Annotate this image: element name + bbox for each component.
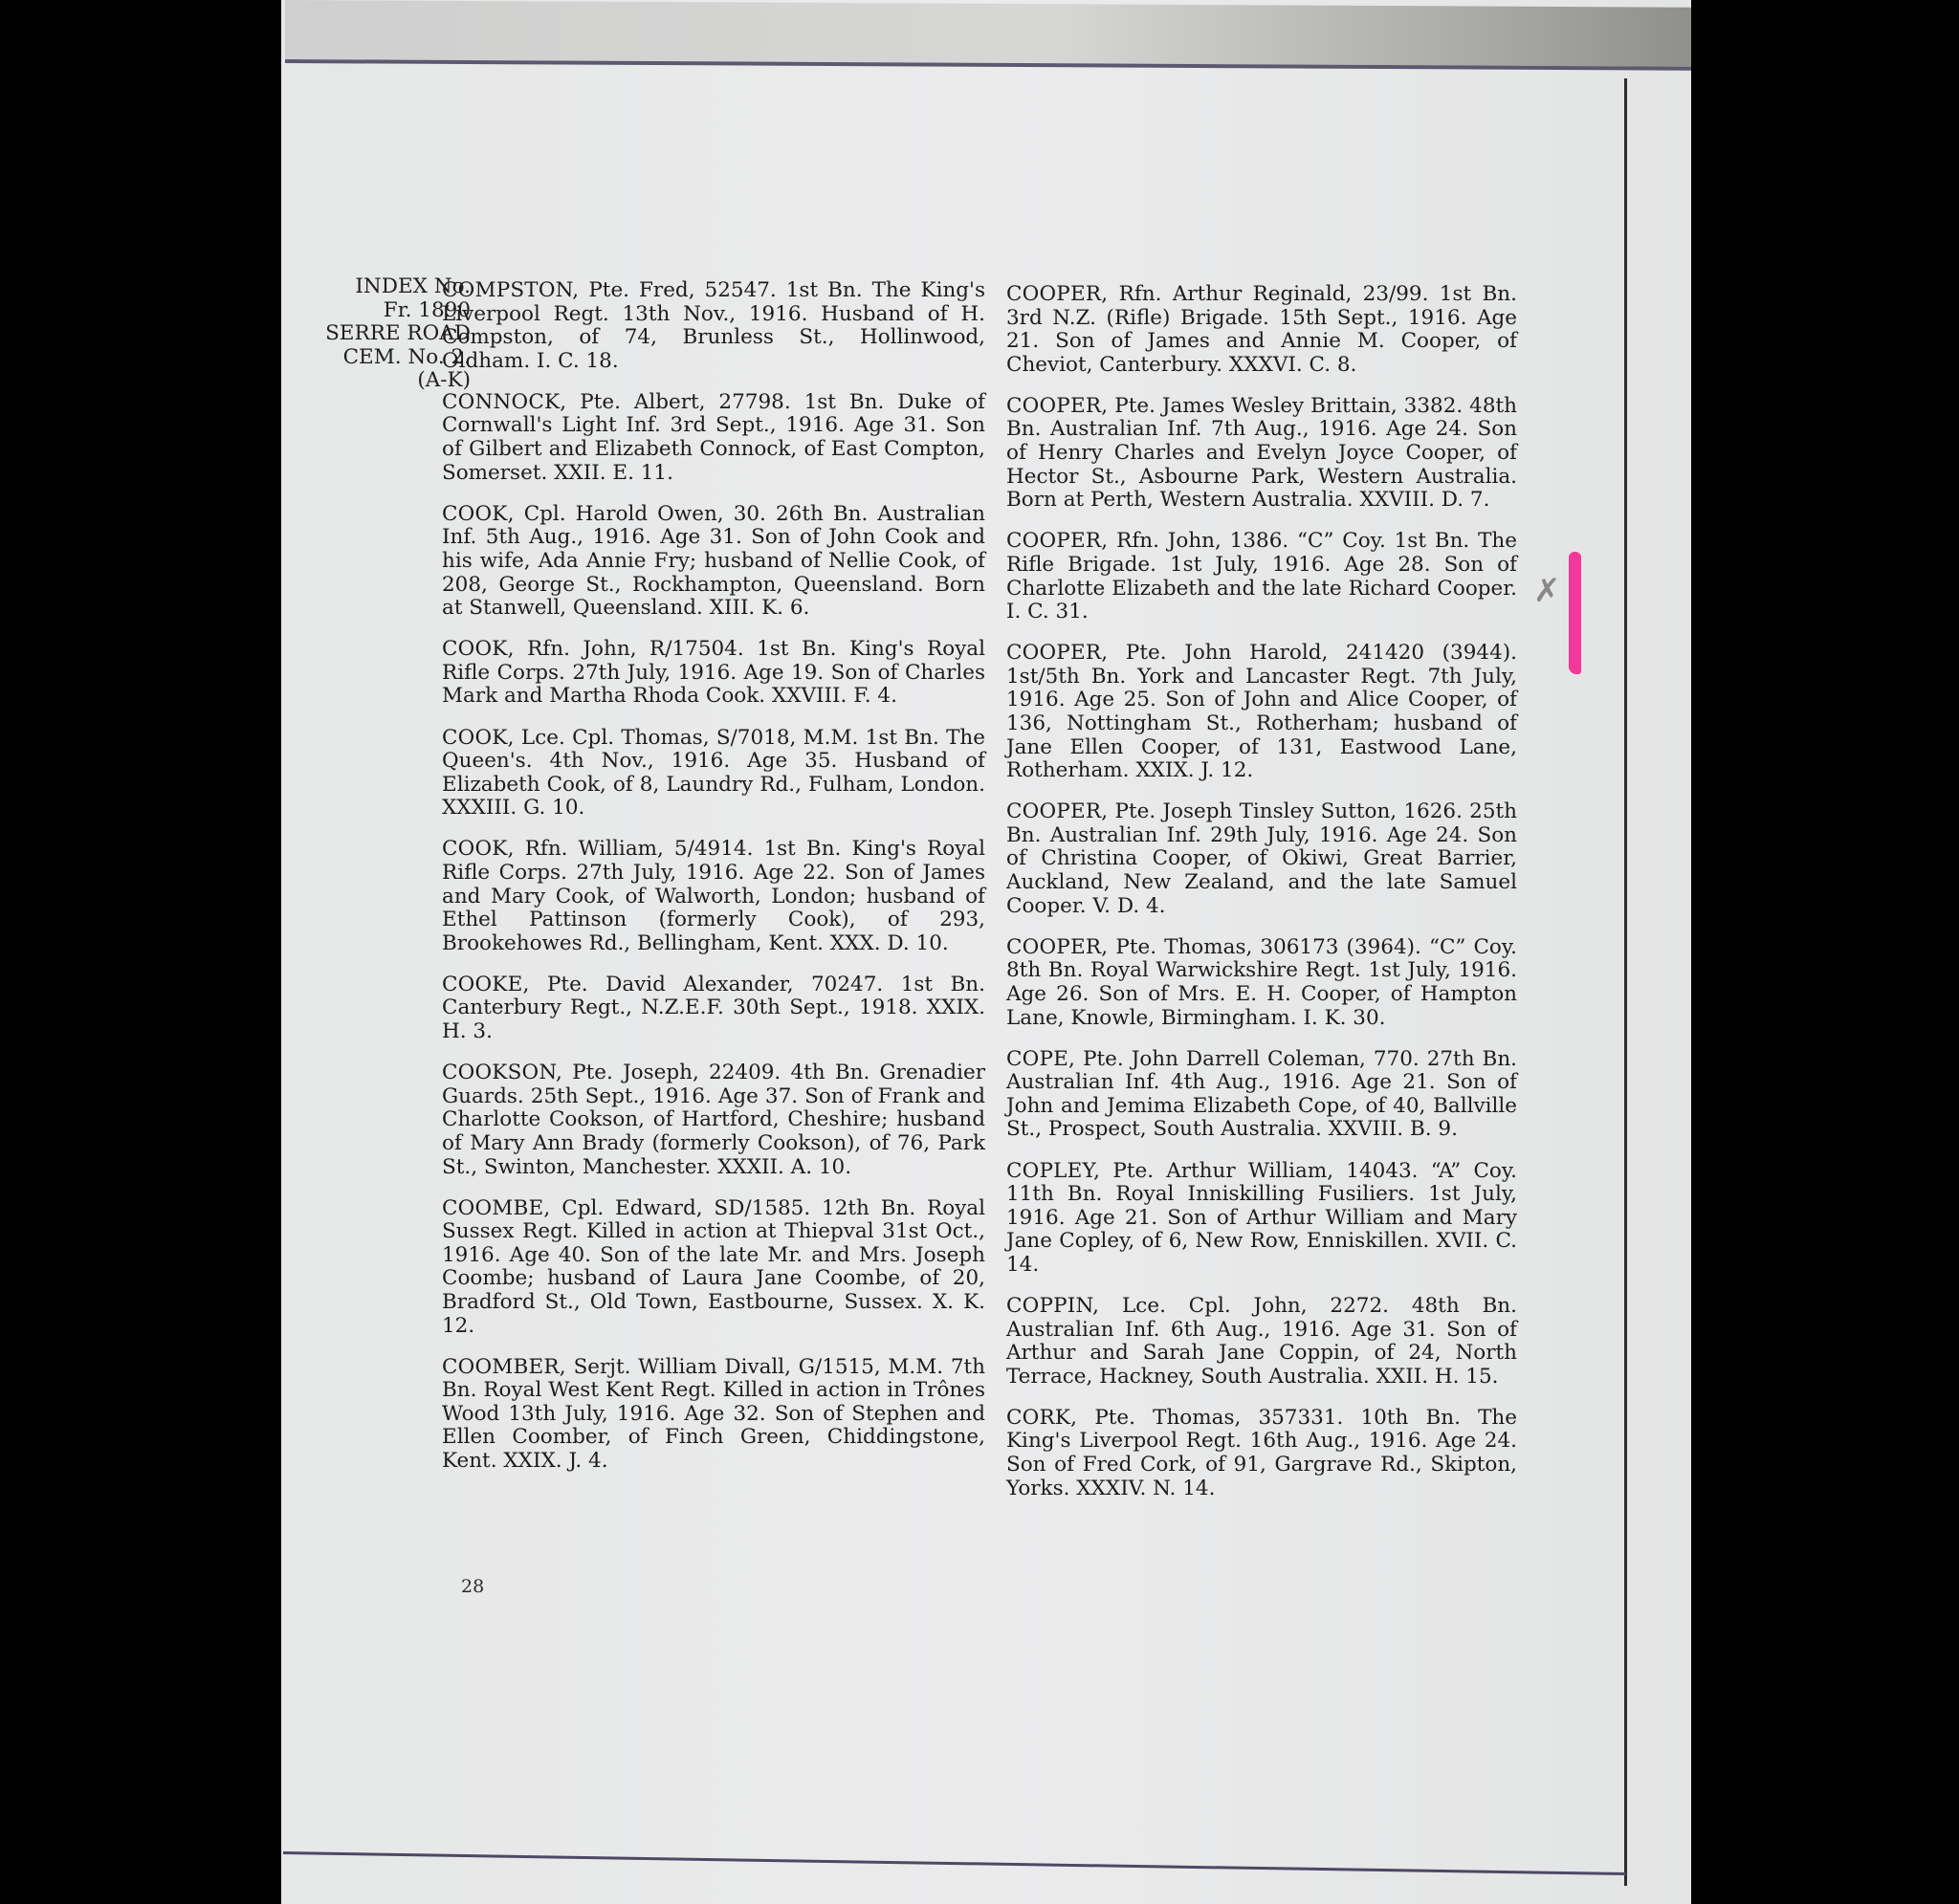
index-entry: CORK, Pte. Thomas, 357331. 10th Bn. The …	[1006, 1407, 1517, 1500]
index-entry: COPE, Pte. John Darrell Coleman, 770. 27…	[1006, 1048, 1517, 1142]
entry-surname: CORK,	[1006, 1406, 1077, 1430]
index-entry: COOPER, Pte. John Harold, 241420 (3944).…	[1006, 642, 1517, 783]
entry-surname: COOPER,	[1006, 641, 1108, 665]
index-entry: COPLEY, Pte. Arthur William, 14043. “A” …	[1006, 1160, 1517, 1278]
entry-surname: COPPIN,	[1006, 1294, 1099, 1318]
pink-highlighter-mark	[1569, 552, 1581, 674]
entry-surname: COOKSON,	[442, 1061, 562, 1084]
index-entry: COOPER, Rfn. Arthur Reginald, 23/99. 1st…	[1006, 283, 1517, 377]
index-entry: COOPER, Pte. Joseph Tinsley Sutton, 1626…	[1006, 800, 1517, 918]
entry-surname: COOPER,	[1006, 394, 1108, 418]
entry-surname: COOK,	[442, 837, 515, 861]
index-entry: COOK, Rfn. William, 5/4914. 1st Bn. King…	[442, 838, 985, 955]
right-column: COOPER, Rfn. Arthur Reginald, 23/99. 1st…	[1006, 283, 1517, 1519]
entry-surname: COOPER,	[1006, 282, 1108, 306]
entry-surname: COPE,	[1006, 1047, 1075, 1071]
entry-surname: CONNOCK,	[442, 390, 566, 414]
entry-surname: COOPER,	[1006, 529, 1108, 553]
index-entry: COOKE, Pte. David Alexander, 70247. 1st …	[442, 974, 985, 1044]
entry-surname: COOKE,	[442, 973, 530, 996]
entry-surname: COOK,	[442, 637, 515, 661]
entry-surname: COOMBE,	[442, 1196, 550, 1220]
top-shadow-band	[285, 0, 1691, 71]
entry-surname: COOK,	[442, 726, 515, 750]
page-number: 28	[461, 1576, 484, 1597]
index-entry: COOPER, Pte. Thomas, 306173 (3964). “C” …	[1006, 936, 1517, 1030]
entry-surname: COOPER,	[1006, 799, 1108, 823]
index-entry: COOKSON, Pte. Joseph, 22409. 4th Bn. Gre…	[442, 1061, 985, 1179]
entry-details: Cpl. Harold Owen, 30. 26th Bn. Australia…	[442, 502, 985, 620]
index-entry: COOPER, Rfn. John, 1386. “C” Coy. 1st Bn…	[1006, 530, 1517, 624]
left-column: COMPSTON, Pte. Fred, 52547. 1st Bn. The …	[442, 279, 985, 1491]
entry-details: Rfn. John, R/17504. 1st Bn. King's Royal…	[442, 637, 985, 708]
right-border-line	[1624, 78, 1627, 1886]
index-entry: COPPIN, Lce. Cpl. John, 2272. 48th Bn. A…	[1006, 1295, 1517, 1389]
index-entry: CONNOCK, Pte. Albert, 27798. 1st Bn. Duk…	[442, 391, 985, 485]
index-entry: COMPSTON, Pte. Fred, 52547. 1st Bn. The …	[442, 279, 985, 373]
index-entry: COOK, Rfn. John, R/17504. 1st Bn. King's…	[442, 638, 985, 709]
entry-details: Rfn. William, 5/4914. 1st Bn. King's Roy…	[442, 837, 985, 954]
entry-surname: COOK,	[442, 502, 515, 526]
pencil-cross-mark: ✗	[1533, 572, 1566, 610]
entry-details: Pte. Thomas, 357331. 10th Bn. The King's…	[1006, 1406, 1517, 1500]
index-entry: COOK, Lce. Cpl. Thomas, S/7018, M.M. 1st…	[442, 727, 985, 821]
index-entry: COOMBER, Serjt. William Divall, G/1515, …	[442, 1356, 985, 1474]
entry-surname: COPLEY,	[1006, 1159, 1100, 1183]
entry-surname: COOPER,	[1006, 935, 1108, 959]
entry-details: Lce. Cpl. Thomas, S/7018, M.M. 1st Bn. T…	[442, 726, 985, 821]
entry-surname: COMPSTON,	[442, 278, 579, 302]
index-entry: COOK, Cpl. Harold Owen, 30. 26th Bn. Aus…	[442, 503, 985, 621]
index-entry: COOPER, Pte. James Wesley Brittain, 3382…	[1006, 395, 1517, 513]
entry-surname: COOMBER,	[442, 1355, 566, 1379]
entry-details: Pte. John Darrell Coleman, 770. 27th Bn.…	[1006, 1047, 1517, 1142]
index-entry: COOMBE, Cpl. Edward, SD/1585. 12th Bn. R…	[442, 1197, 985, 1339]
